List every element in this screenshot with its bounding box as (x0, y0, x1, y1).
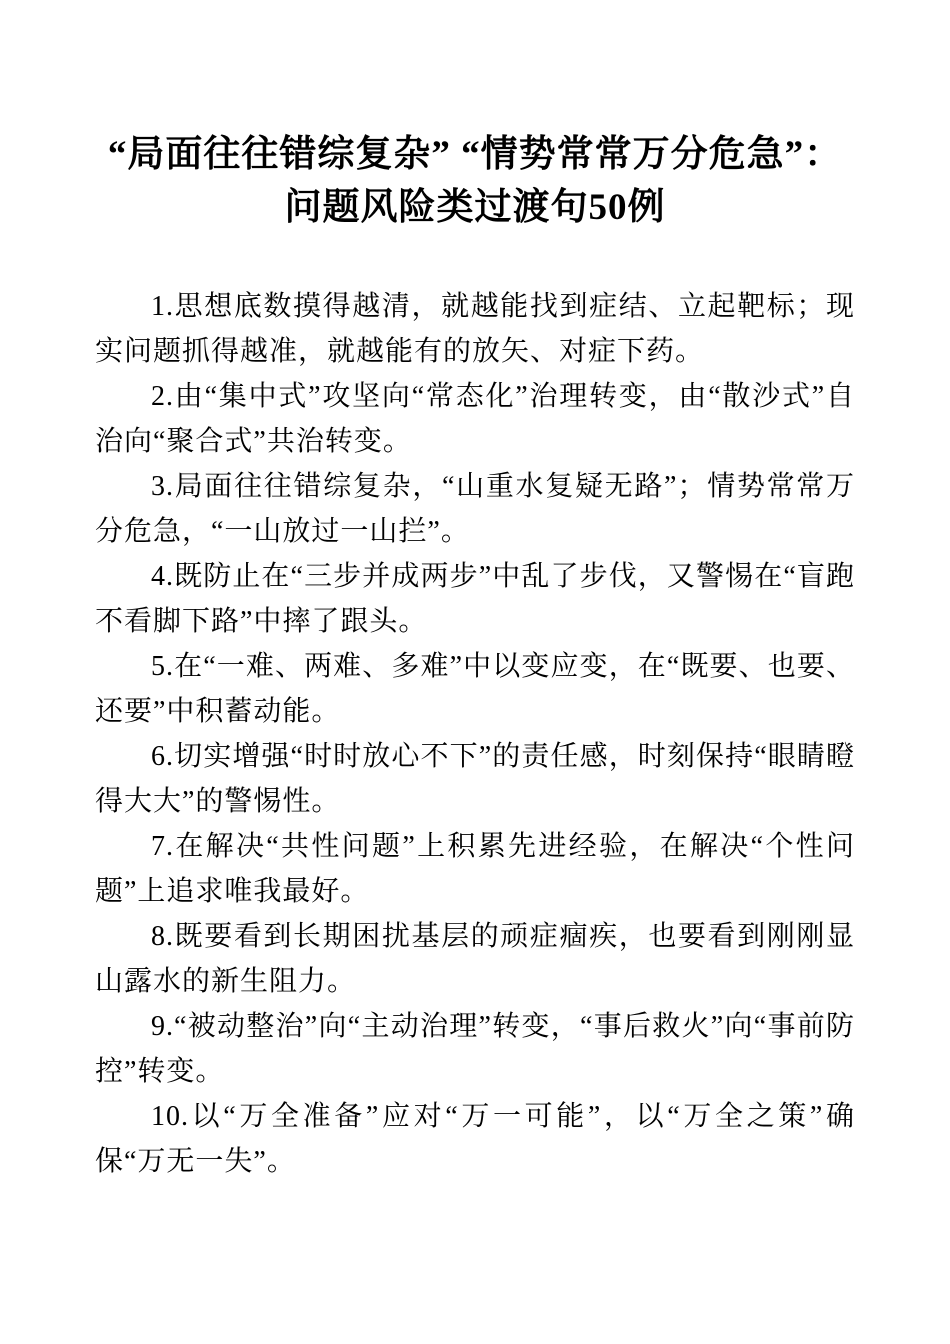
paragraph-item-6: 6.切实增强“时时放心不下”的责任感，时刻保持“眼睛瞪得大大”的警惕性。 (95, 734, 855, 824)
paragraph-item-7: 7.在解决“共性问题”上积累先进经验，在解决“个性问题”上追求唯我最好。 (95, 824, 855, 914)
paragraph-item-1: 1.思想底数摸得越清，就越能找到症结、立起靶标；现实问题抓得越准，就越能有的放矢… (95, 284, 855, 374)
paragraph-item-4: 4.既防止在“三步并成两步”中乱了步伐，又警惕在“盲跑不看脚下路”中摔了跟头。 (95, 554, 855, 644)
paragraph-item-5: 5.在“一难、两难、多难”中以变应变，在“既要、也要、还要”中积蓄动能。 (95, 644, 855, 734)
paragraph-item-3: 3.局面往往错综复杂，“山重水复疑无路”；情势常常万分危急，“一山放过一山拦”。 (95, 464, 855, 554)
document-page: “局面往往错综复杂” “情势常常万分危急”： 问题风险类过渡句50例 1.思想底… (0, 0, 950, 1344)
paragraph-item-10: 10.以“万全准备”应对“万一可能”，以“万全之策”确保“万无一失”。 (95, 1094, 855, 1184)
paragraph-item-9: 9.“被动整治”向“主动治理”转变，“事后救火”向“事前防控”转变。 (95, 1004, 855, 1094)
document-title-line-1: “局面往往错综复杂” “情势常常万分危急”： (95, 128, 855, 181)
document-title: “局面往往错综复杂” “情势常常万分危急”： 问题风险类过渡句50例 (95, 128, 855, 234)
paragraph-item-8: 8.既要看到长期困扰基层的顽症痼疾，也要看到刚刚显山露水的新生阻力。 (95, 914, 855, 1004)
document-title-line-2: 问题风险类过渡句50例 (95, 181, 855, 234)
document-body: 1.思想底数摸得越清，就越能找到症结、立起靶标；现实问题抓得越准，就越能有的放矢… (95, 284, 855, 1184)
paragraph-item-2: 2.由“集中式”攻坚向“常态化”治理转变，由“散沙式”自治向“聚合式”共治转变。 (95, 374, 855, 464)
